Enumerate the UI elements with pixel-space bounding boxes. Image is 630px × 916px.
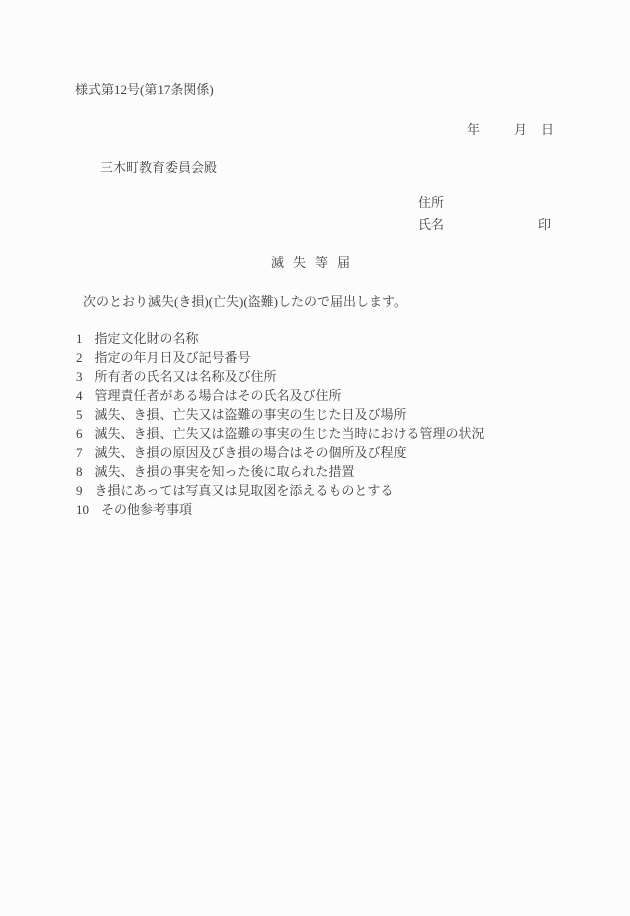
date-line: 年 月 日 [467, 123, 554, 136]
list-item: 7滅失、き損の原因及びき損の場合はその個所及び程度 [76, 443, 485, 462]
list-item: 5滅失、き損、亡失又は盗難の事実の生じた日及び場所 [76, 405, 485, 424]
list-item: 8滅失、き損の事実を知った後に取られた措置 [76, 462, 485, 481]
address-block: 住所 氏名 印 [418, 192, 551, 236]
item-number: 3 [76, 369, 83, 384]
item-text: 指定の年月日及び記号番号 [95, 350, 251, 365]
page-title: 滅失等届 [0, 256, 630, 269]
item-text: 滅失、き損、亡失又は盗難の事実の生じた当時における管理の状況 [95, 426, 485, 441]
list-item: 1指定文化財の名称 [76, 329, 485, 348]
item-number: 8 [76, 464, 83, 479]
seal-label: 印 [538, 214, 551, 236]
name-row: 氏名 印 [418, 214, 551, 236]
document-page: 様式第12号(第17条関係) 年 月 日 三木町教育委員会殿 住所 氏名 印 滅… [0, 0, 630, 916]
list-item: 2指定の年月日及び記号番号 [76, 348, 485, 367]
item-text: 指定文化財の名称 [95, 331, 199, 346]
item-number: 4 [76, 388, 83, 403]
month-label: 月 [514, 123, 527, 136]
year-label: 年 [467, 123, 480, 136]
item-text: 滅失、き損の原因及びき損の場合はその個所及び程度 [95, 445, 407, 460]
item-number: 9 [76, 483, 83, 498]
list-item: 6滅失、き損、亡失又は盗難の事実の生じた当時における管理の状況 [76, 424, 485, 443]
item-number: 6 [76, 426, 83, 441]
day-label: 日 [541, 123, 554, 136]
address-label: 住所 [418, 192, 551, 214]
item-number: 10 [76, 502, 89, 517]
item-text: 滅失、き損、亡失又は盗難の事実の生じた日及び場所 [95, 407, 407, 422]
items-list: 1指定文化財の名称 2指定の年月日及び記号番号 3所有者の氏名又は名称及び住所 … [76, 329, 485, 519]
list-item: 3所有者の氏名又は名称及び住所 [76, 367, 485, 386]
item-text: 滅失、き損の事実を知った後に取られた措置 [95, 464, 355, 479]
item-number: 7 [76, 445, 83, 460]
item-text: 所有者の氏名又は名称及び住所 [95, 369, 277, 384]
list-item: 4管理責任者がある場合はその氏名及び住所 [76, 386, 485, 405]
item-text: その他参考事項 [101, 502, 192, 517]
form-number: 様式第12号(第17条関係) [75, 83, 214, 96]
name-label: 氏名 [418, 214, 444, 236]
item-number: 5 [76, 407, 83, 422]
item-text: き損にあっては写真又は見取図を添えるものとする [95, 483, 394, 498]
item-text: 管理責任者がある場合はその氏名及び住所 [95, 388, 342, 403]
item-number: 1 [76, 331, 83, 346]
item-number: 2 [76, 350, 83, 365]
list-item: 10その他参考事項 [76, 500, 485, 519]
intro-text: 次のとおり滅失(き損)(亡失)(盗難)したので届出します。 [83, 295, 407, 308]
list-item: 9き損にあっては写真又は見取図を添えるものとする [76, 481, 485, 500]
addressee: 三木町教育委員会殿 [100, 161, 217, 174]
